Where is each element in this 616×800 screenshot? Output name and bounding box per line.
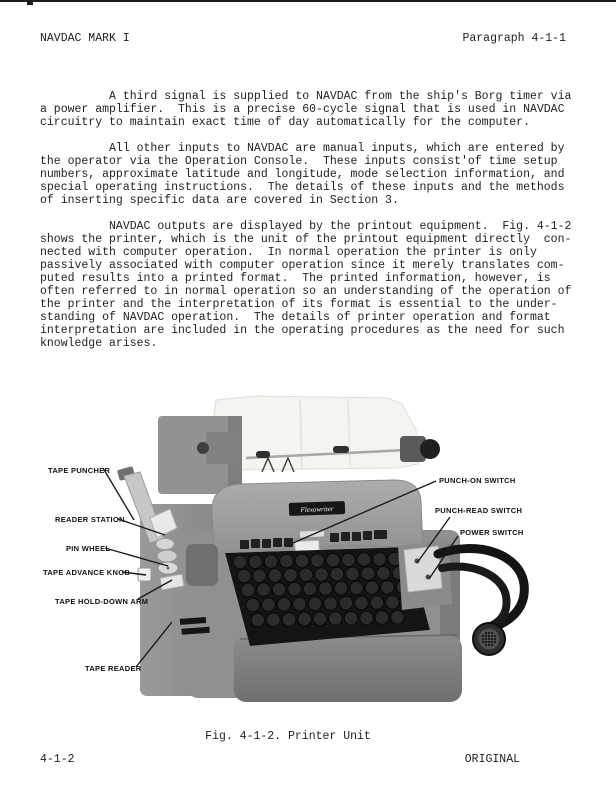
nameplate: Flexowriter — [289, 501, 345, 516]
callout-label-tape-advance-knob: TAPE ADVANCE KNOB — [43, 568, 130, 577]
cable-connector — [473, 623, 505, 655]
header-title: NAVDAC MARK I — [40, 32, 130, 45]
callout-label-punch-on-switch: PUNCH-ON SWITCH — [439, 476, 516, 485]
keyboard-keys — [233, 552, 410, 627]
scan-artifact-top-line — [0, 0, 616, 2]
callout-label-punch-read-switch: PUNCH-READ SWITCH — [435, 506, 522, 515]
callout-label-tape-reader: TAPE READER — [85, 664, 142, 673]
paragraph-3: NAVDAC outputs are displayed by the prin… — [40, 220, 585, 350]
mechanism-housing — [186, 544, 218, 586]
paragraph-1: A third signal is supplied to NAVDAC fro… — [40, 90, 585, 129]
platen-knob — [420, 439, 440, 459]
nameplate-text: Flexowriter — [299, 505, 334, 514]
printer-unit-figure: Flexowriter — [0, 392, 616, 732]
paper-sheet — [212, 396, 418, 470]
carriage-knob — [197, 442, 209, 454]
figure-caption: Fig. 4-1-2. Printer Unit — [0, 730, 596, 743]
body-text: A third signal is supplied to NAVDAC fro… — [40, 90, 585, 363]
footer-status: ORIGINAL — [465, 753, 520, 766]
callout-label-reader-station: READER STATION — [55, 515, 125, 524]
manual-page: NAVDAC MARK I Paragraph 4-1-1 A third si… — [0, 0, 616, 800]
callout-label-power-switch: POWER SWITCH — [460, 528, 524, 537]
page-number: 4-1-2 — [40, 753, 75, 766]
header-paragraph: Paragraph 4-1-1 — [462, 32, 566, 45]
callout-label-pin-wheel: PIN WHEEL — [66, 544, 110, 553]
base-plinth — [234, 636, 462, 702]
bail-roller — [333, 446, 349, 453]
printer-photo: Flexowriter — [0, 392, 616, 732]
callout-label-tape-puncher: TAPE PUNCHER — [48, 466, 110, 475]
carriage-left-end — [206, 432, 240, 464]
callout-label-tape-hold-down-arm: TAPE HOLD-DOWN ARM — [55, 597, 148, 606]
scan-artifact-tick — [27, 0, 33, 5]
paragraph-2: All other inputs to NAVDAC are manual in… — [40, 142, 585, 207]
